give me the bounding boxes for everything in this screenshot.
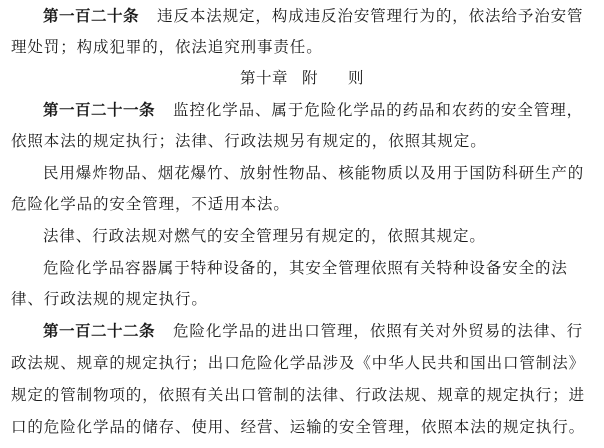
- article-120-line-2: 理处罚；构成犯罪的，依法追究刑事责任。: [11, 37, 323, 57]
- article-text: 监控化学品、属于危险化学品的药品和农药的安全管理，: [173, 101, 583, 119]
- article-121-line-1: 第一百二十一条监控化学品、属于危险化学品的药品和农药的安全管理，: [43, 100, 583, 120]
- article-121-line-2: 依照本法的规定执行；法律、行政法规另有规定的，依照其规定。: [11, 131, 487, 151]
- article-122-line-4: 口的危险化学品的储存、使用、经营、运输的安全管理，依照本法的规定执行。: [11, 417, 585, 437]
- chapter-number: 第十章: [240, 69, 288, 87]
- paragraph-line: 危险化学品容器属于特种设备的，其安全管理依照有关特种设备安全的法: [43, 258, 568, 278]
- document-page: 第一百二十条违反本法规定，构成违反治安管理行为的，依法给予治安管 理处罚；构成犯…: [0, 0, 604, 448]
- article-number: 第一百二十二条: [43, 322, 155, 340]
- paragraph-line: 民用爆炸物品、烟花爆竹、放射性物品、核能物质以及用于国防科研生产的: [43, 163, 584, 183]
- paragraph-line: 律、行政法规的规定执行。: [11, 289, 208, 309]
- article-text: 违反本法规定，构成违反治安管理行为的，依法给予治安管: [157, 7, 583, 25]
- article-number: 第一百二十一条: [43, 101, 155, 119]
- chapter-title-part-1: 附: [302, 69, 318, 87]
- article-122-line-1: 第一百二十二条危险化学品的进出口管理，依照有关对外贸易的法律、行: [43, 321, 583, 341]
- article-number: 第一百二十条: [43, 7, 139, 25]
- article-122-line-3: 规定的管制物项的，依照有关出口管制的法律、行政法规、规章的规定执行；进: [11, 385, 585, 405]
- article-text: 危险化学品的进出口管理，依照有关对外贸易的法律、行: [173, 322, 583, 340]
- paragraph-line: 危险化学品的安全管理，不适用本法。: [11, 194, 290, 214]
- paragraph-line: 法律、行政法规对燃气的安全管理另有规定的，依照其规定。: [43, 226, 486, 246]
- chapter-heading: 第十章附则: [0, 68, 604, 88]
- article-122-line-2: 政法规、规章的规定执行；出口危险化学品涉及《中华人民共和国出口管制法》: [11, 353, 585, 373]
- chapter-title-part-2: 则: [348, 69, 364, 87]
- article-120-line-1: 第一百二十条违反本法规定，构成违反治安管理行为的，依法给予治安管: [43, 6, 583, 26]
